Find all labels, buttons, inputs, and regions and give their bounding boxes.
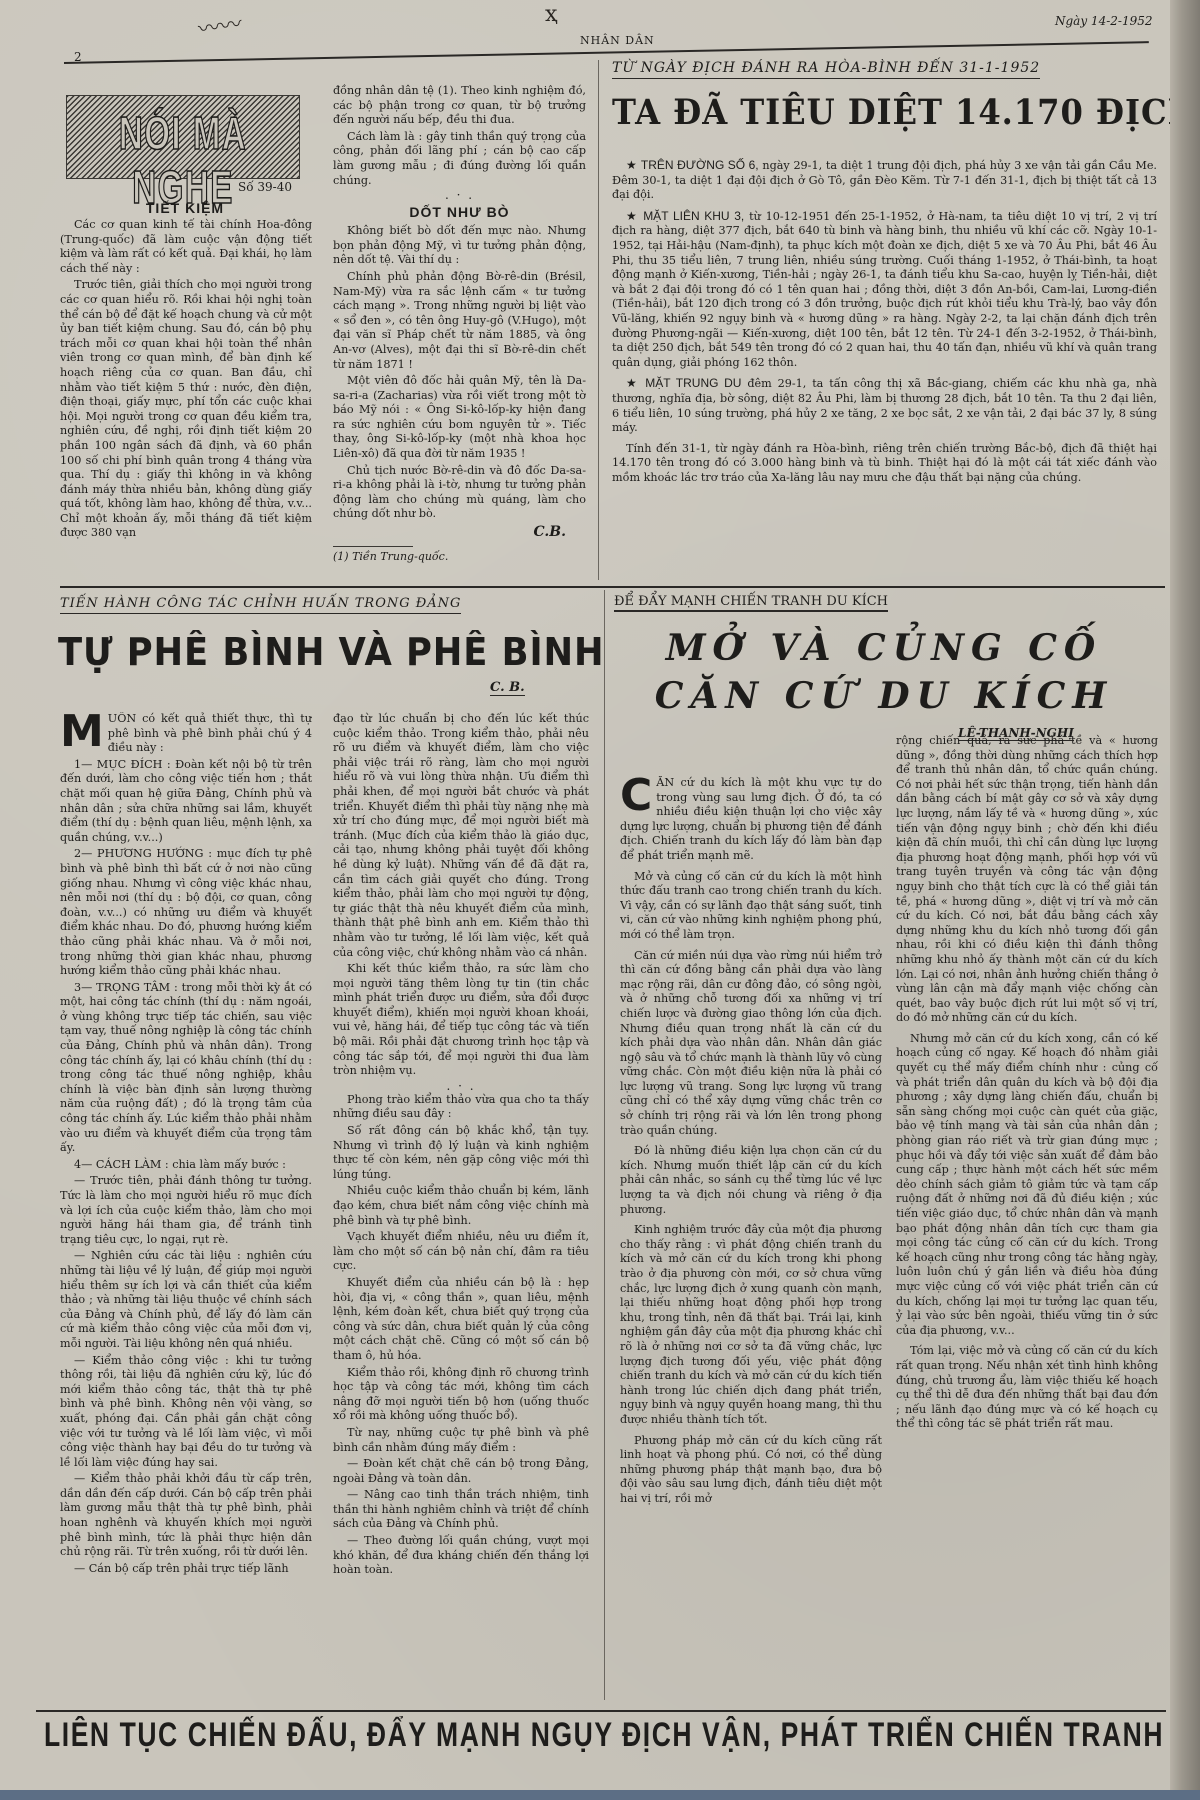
paragraph: — Nghiên cứu các tài liệu : nghiên cứu n… <box>60 1249 312 1351</box>
paragraph: Các cơ quan kinh tế tài chính Hoa-đông (… <box>60 218 312 276</box>
star-icon: ★ <box>626 158 641 172</box>
paragraph: Tóm lại, việc mở và củng cố căn cứ du kí… <box>896 1344 1158 1432</box>
kicker-can-cu-du-kich: ĐỂ ĐẨY MẠNH CHIẾN TRANH DU KÍCH <box>614 594 888 612</box>
can-cu-du-kich-col2: rộng chiến quả, ra sức phá tề và « hương… <box>896 734 1158 1708</box>
tiet-kiem-body: Các cơ quan kinh tế tài chính Hoa-đông (… <box>60 218 312 583</box>
paragraph: — Đoàn kết chặt chẽ cán bộ trong Đảng, n… <box>333 1457 589 1486</box>
paragraph: Đó là những điều kiện lựa chọn căn cứ du… <box>620 1144 882 1217</box>
paragraph: ĂN cứ du kích là một khu vực tự do trong… <box>620 776 882 864</box>
page-edge <box>1170 0 1200 1800</box>
paragraph: Mở và củng cố căn cứ du kích là một hình… <box>620 870 882 943</box>
headline-tu-phe-binh: TỰ PHÊ BÌNH VÀ PHÊ BÌNH <box>58 630 605 674</box>
kicker-tu-phe-binh: TIẾN HÀNH CÔNG TÁC CHỈNH HUẤN TRONG ĐẢNG <box>60 596 461 614</box>
column-divider <box>598 60 599 580</box>
drop-cap: C <box>620 778 652 814</box>
section-separator: . · . <box>333 188 586 202</box>
paragraph: Từ nay, những cuộc tự phê bình và phê bì… <box>333 1426 589 1455</box>
column-divider <box>604 590 605 1700</box>
section-duong-so-6: ★ TRÊN ĐƯỜNG SỐ 6, ngày 29-1, ta diệt 1 … <box>612 158 1157 203</box>
paragraph: Khuyết điểm của nhiều cán bộ là : hẹp hò… <box>333 1276 589 1364</box>
issue-date: Ngày 14-2-1952 <box>1055 14 1152 28</box>
drop-cap: M <box>60 714 104 750</box>
background-surface <box>0 1790 1200 1800</box>
star-icon: ★ <box>626 376 645 390</box>
headline-can-cu-du-kich: MỞ VÀ CỦNG CỐ CĂN CỨ DU KÍCH <box>614 624 1154 720</box>
paragraph: đồng nhân dân tệ (1). Theo kinh nghiệm đ… <box>333 84 586 128</box>
article-heading-tiet-kiem: TIẾT KIỆM <box>60 200 310 216</box>
masthead-paper-name: NHÂN DÂN <box>580 34 655 47</box>
paragraph: Nhiều cuộc kiểm thảo chuẩn bị kém, lãnh … <box>333 1184 589 1228</box>
paragraph: Cách làm là : gây tinh thần quý trọng củ… <box>333 130 586 188</box>
section-trung-du: ★ MẶT TRUNG DU đêm 29-1, ta tấn công thị… <box>612 376 1157 435</box>
paragraph: Nhưng mở căn cứ du kích xong, cần có kế … <box>896 1032 1158 1338</box>
paragraph: Chủ tịch nước Bờ-rê-din và đô đốc Da-sa-… <box>333 464 586 522</box>
paragraph: — Nâng cao tinh thần trách nhiệm, tinh t… <box>333 1488 589 1532</box>
paragraph: Phong trào kiểm thảo vừa qua cho ta thấy… <box>333 1093 589 1122</box>
noi-ma-nghe-title: NÓI MÀ NGHE <box>99 106 266 214</box>
headline-ta-da-tieu-diet: TA ĐÃ TIÊU DIỆT 14.170 ĐỊCH <box>612 92 1199 133</box>
paragraph: — Kiểm thảo công việc : khi tư tưởng thô… <box>60 1354 312 1471</box>
paragraph: 2— PHƯƠNG HƯỚNG : mục đích tự phê bình v… <box>60 847 312 978</box>
paragraph: Một viên đô đốc hải quân Mỹ, tên là Da-s… <box>333 374 586 462</box>
footer-slogan-banner: LIÊN TỤC CHIẾN ĐẤU, ĐẨY MẠNH NGỤY ĐỊCH V… <box>44 1716 929 1755</box>
noi-ma-nghe-col2: đồng nhân dân tệ (1). Theo kinh nghiệm đ… <box>333 84 586 584</box>
newspaper-page: 〰〰 ҳ NHÂN DÂN Ngày 14-2-1952 2 NÓI MÀ NG… <box>0 0 1185 1790</box>
paragraph: 4— CÁCH LÀM : chia làm mấy bước : <box>60 1158 312 1173</box>
paragraph: — Kiểm thảo phải khởi đầu từ cấp trên, d… <box>60 1472 312 1560</box>
paragraph: Chính phủ phản động Bờ-rê-din (Brésil, N… <box>333 270 586 372</box>
footer-rule <box>36 1710 1166 1712</box>
footnote: (1) Tiền Trung-quốc. <box>333 550 586 563</box>
star-icon: ★ <box>626 209 643 223</box>
section-rule <box>60 586 1165 588</box>
paragraph: — Cán bộ cấp trên phải trực tiếp lãnh <box>60 1562 312 1577</box>
paragraph: Trước tiên, giải thích cho mọi người tro… <box>60 278 312 541</box>
paragraph: 1— MỤC ĐÍCH : Đoàn kết nội bộ từ trên đế… <box>60 758 312 846</box>
paragraph: đạo từ lúc chuẩn bị cho đến lúc kết thúc… <box>333 712 589 960</box>
paragraph: Kiểm thảo rồi, không định rõ chương trìn… <box>333 1366 589 1424</box>
paragraph: — Theo đường lối quần chúng, vượt mọi kh… <box>333 1534 589 1578</box>
column-issue-number: Số 39-40 <box>238 180 292 194</box>
paragraph: Căn cứ miền núi dựa vào rừng núi hiểm tr… <box>620 949 882 1139</box>
kicker-ta-da-tieu-diet: TỪ NGÀY ĐỊCH ĐÁNH RA HÒA-BÌNH ĐẾN 31-1-1… <box>612 60 1040 79</box>
paragraph: 3— TRỌNG TÂM : trong mỗi thời kỳ ắt có m… <box>60 981 312 1156</box>
paragraph: Số rất đông cán bộ khắc khổ, tận tụy. Nh… <box>333 1124 589 1182</box>
conclusion: Tính đến 31-1, từ ngày đánh ra Hòa-bình,… <box>612 442 1157 486</box>
paragraph: Không biết bò dốt đến mực nào. Nhưng bọn… <box>333 224 586 268</box>
byline-tu-phe-binh: C. B. <box>490 680 525 696</box>
handwritten-mark: ҳ <box>545 2 557 27</box>
paragraph: rộng chiến quả, ra sức phá tề và « hương… <box>896 734 1158 1026</box>
section-lien-khu-3: ★ MẶT LIÊN KHU 3, từ 10-12-1951 đến 25-1… <box>612 209 1157 371</box>
handwritten-mark: 〰〰 <box>196 7 244 44</box>
signature: C.B. <box>333 524 566 540</box>
tu-phe-binh-col2: đạo từ lúc chuẩn bị cho đến lúc kết thúc… <box>333 712 589 1707</box>
can-cu-du-kich-col1: C ĂN cứ du kích là một khu vực tự do tro… <box>620 776 882 1708</box>
paragraph: Khi kết thúc kiểm thảo, ra sức làm cho m… <box>333 962 589 1079</box>
footnote-rule <box>333 546 413 547</box>
noi-ma-nghe-title-box: NÓI MÀ NGHE <box>66 95 300 179</box>
tu-phe-binh-col1: M UỐN có kết quả thiết thực, thì tự phê … <box>60 712 312 1707</box>
ta-da-tieu-diet-body: ★ TRÊN ĐƯỜNG SỐ 6, ngày 29-1, ta diệt 1 … <box>612 158 1157 558</box>
paragraph: Vạch khuyết điểm nhiều, nêu ưu điểm ít, … <box>333 1230 589 1274</box>
paragraph: Phương pháp mở căn cứ du kích cũng rất l… <box>620 1434 882 1507</box>
article-heading-dot-nhu-bo: DỐT NHƯ BÒ <box>333 204 586 220</box>
paragraph: — Trước tiên, phải đánh thông tư tưởng. … <box>60 1174 312 1247</box>
section-separator: . · . <box>333 1079 589 1093</box>
paragraph: Kinh nghiệm trước đây của một địa phương… <box>620 1223 882 1427</box>
